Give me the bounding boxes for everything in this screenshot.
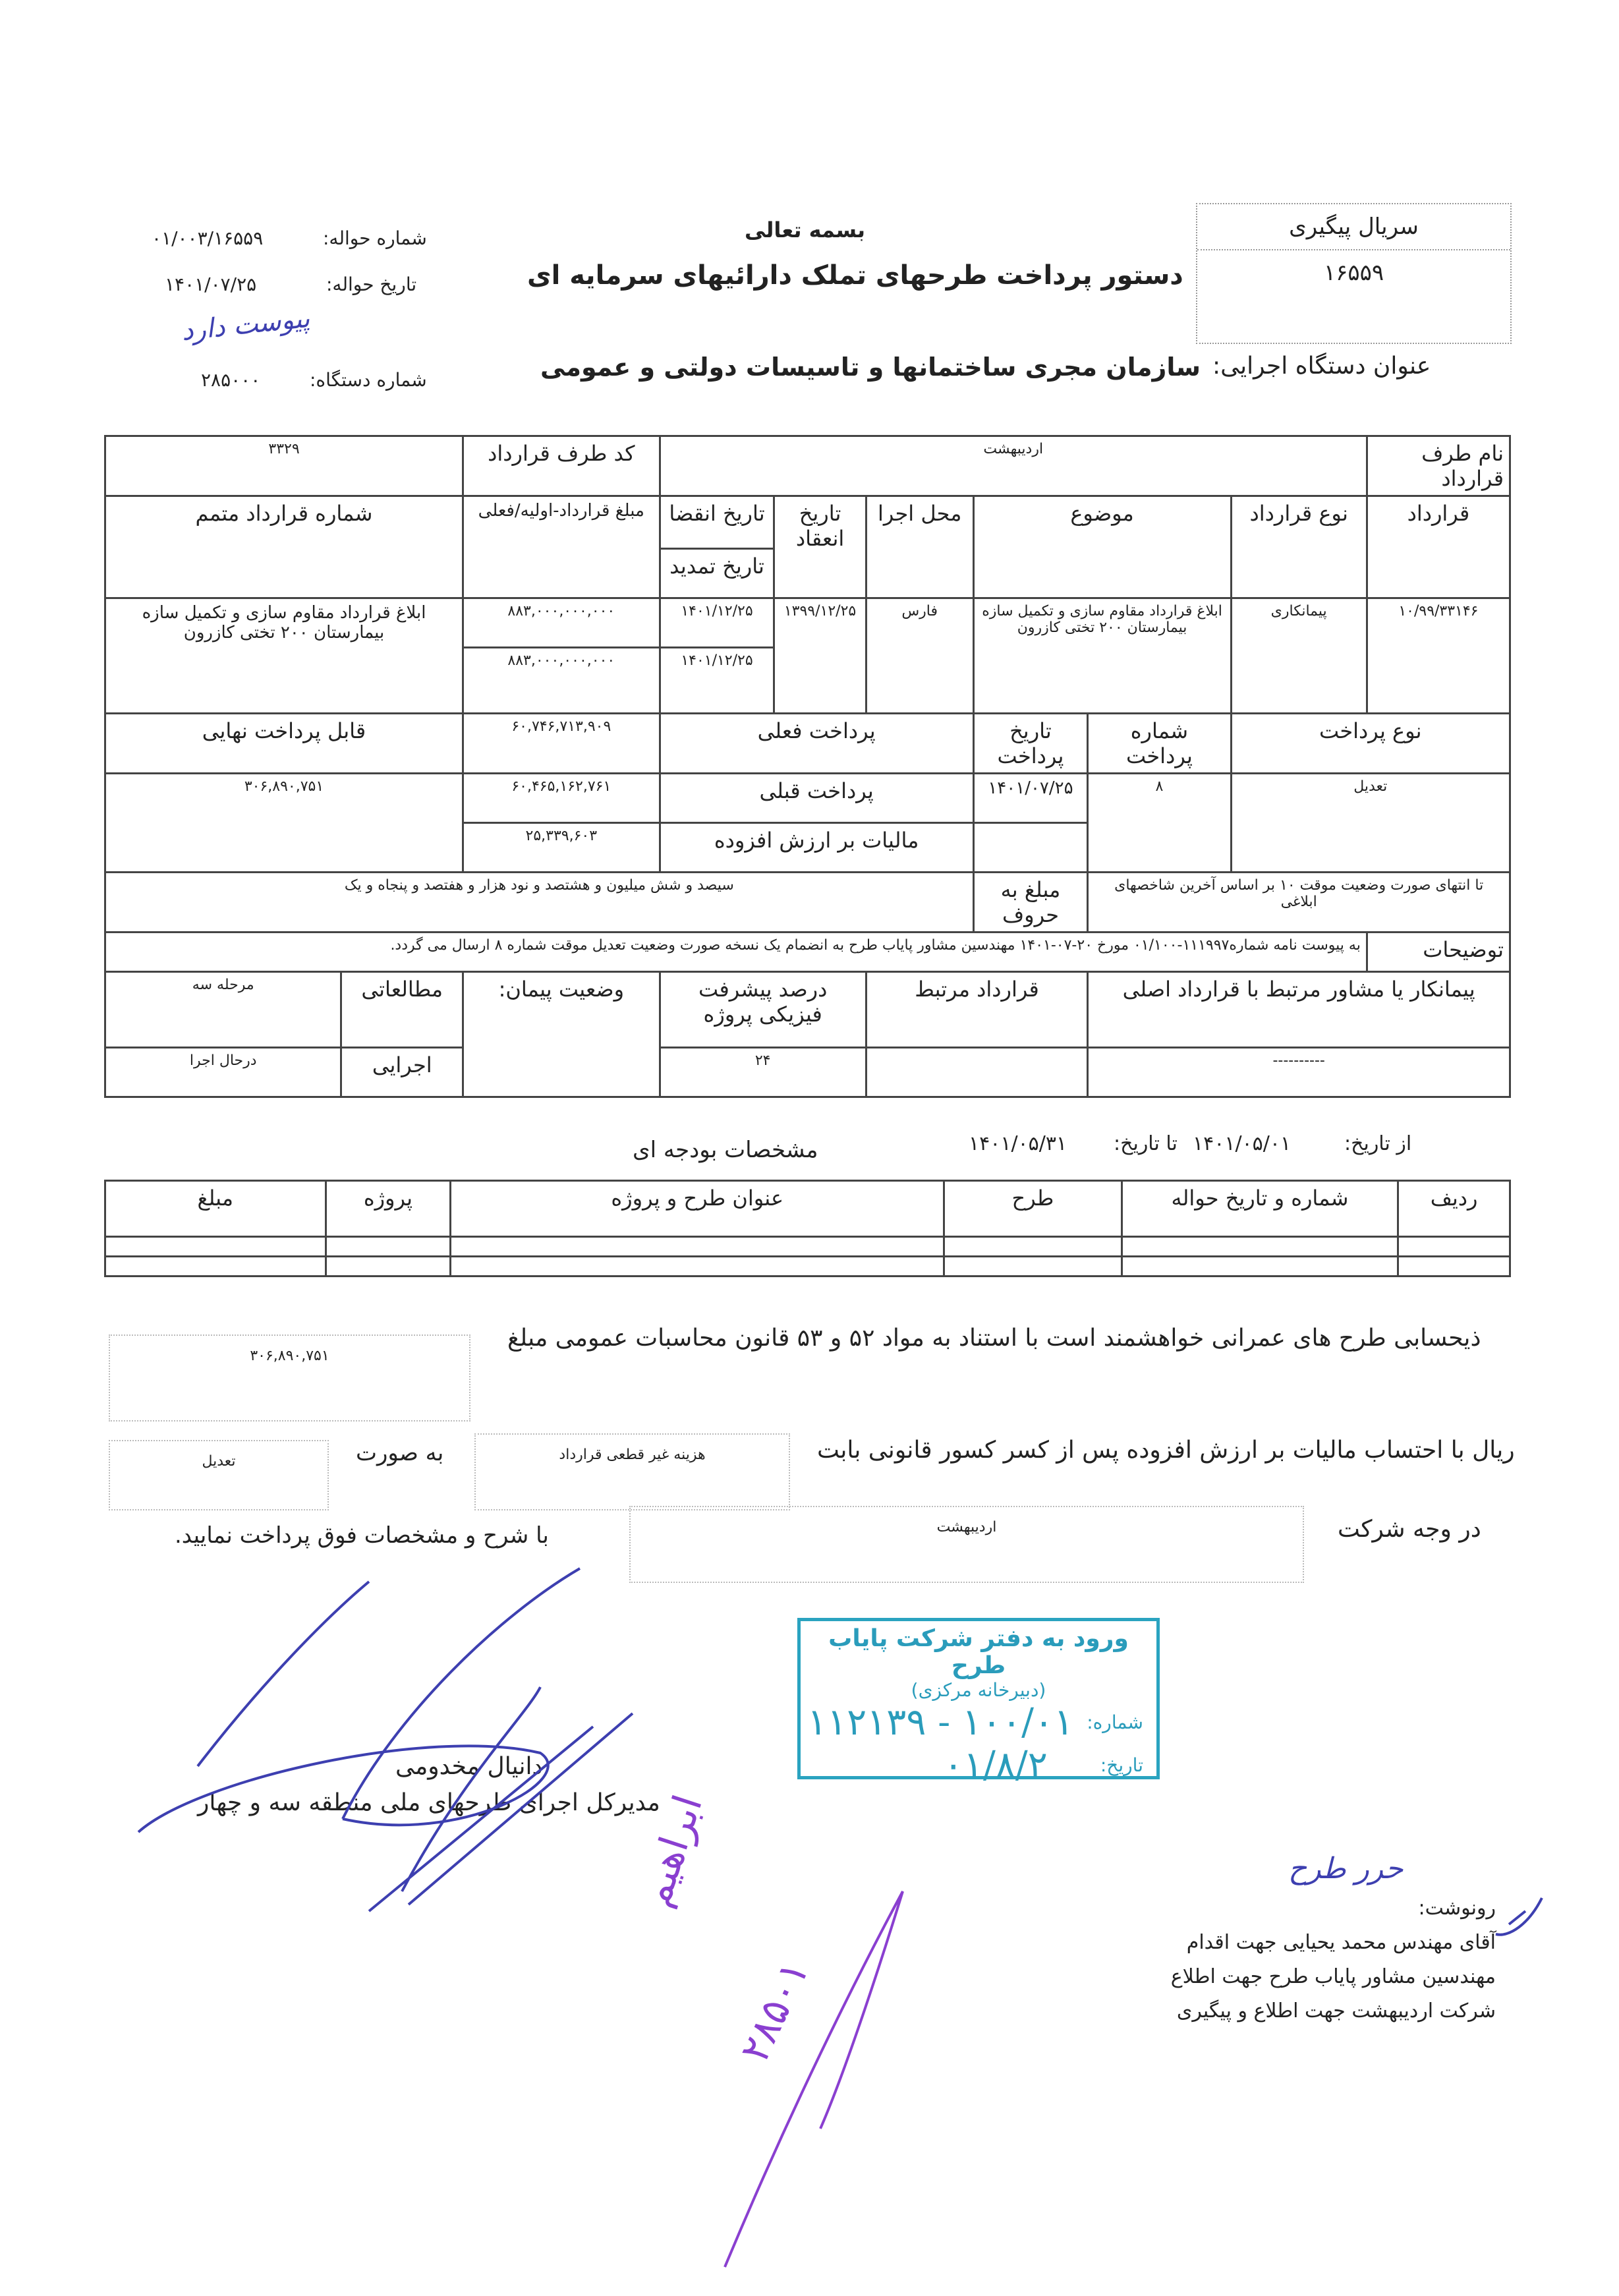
contract-number: ۱۰/۹۹/۳۳۱۴۶ [1367,598,1510,714]
device-number: ۲۸۵۰۰۰ [201,369,260,391]
signatory-name: دانیال مخدومی [395,1753,543,1780]
final-payable-label: قابل پرداخت نهایی [105,714,463,774]
related-contractor-label: پیمانکار یا مشاور مرتبط با قرارداد اصلی [1088,972,1510,1048]
current-payment: ۶۰,۷۴۶,۷۱۳,۹۰۹ [463,714,660,774]
col-subject: موضوع [973,496,1231,598]
contract-expiry-date: ۱۴۰۱/۱۲/۲۵ [660,598,774,648]
vat-label: مالیات بر ارزش افزوده [660,823,973,873]
serial-label: سریال پیگیری [1197,204,1510,250]
to-date-label: تا تاریخ: [1114,1132,1178,1155]
amount-in-words-label: مبلغ به حروف [973,873,1088,933]
vat-amount: ۲۵,۳۳۹,۶۰۳ [463,823,660,873]
related-contract-label: قرارداد مرتبط [866,972,1088,1048]
amount-in-words: سیصد و شش میلیون و هشتصد و نود هزار و هف… [105,873,974,933]
party-name: اردیبهشت [660,436,1367,496]
cc-label: رونوشت: [1153,1891,1496,1926]
request-reason-field: هزینه غیر قطعی قرارداد [474,1433,790,1510]
col-extension-date: تاریخ تمدید [660,549,774,598]
exec-label: اجرایی [341,1048,463,1097]
stamp-number-label: شماره: [1087,1711,1143,1733]
payment-type-label: نوع پرداخت [1231,714,1510,774]
col-type: نوع قرارداد [1231,496,1367,598]
from-date-label: از تاریخ: [1344,1132,1411,1155]
col-expiry-date: تاریخ انقضا [660,496,774,549]
from-date: ۱۴۰۱/۰۵/۰۱ [1193,1132,1291,1155]
budget-col-plan: طرح [944,1181,1122,1237]
request-line-2: ریال با احتساب مالیات بر ارزش افزوده پس … [817,1437,1515,1464]
cc-item: آقای مهندس محمد یحیایی جهت اقدام [1153,1926,1496,1960]
contract-amount-current: ۸۸۳,۰۰۰,۰۰۰,۰۰۰ [463,648,660,714]
progress-label: درصد پیشرفت فیزیکی پروژه [660,972,866,1048]
request-amount-field: ۳۰۶,۸۹۰,۷۵۱ [109,1335,470,1421]
party-code: ۳۳۲۹ [105,436,463,496]
col-sign-date: تاریخ انعقاد [774,496,866,598]
stamp-line-2: (دبیرخانه مرکزی) [801,1679,1156,1701]
payment-date: ۱۴۰۱/۰۷/۲۵ [973,774,1088,823]
cc-item: مهندسین مشاور پایاب طرح جهت اطلاع [1153,1960,1496,1994]
col-contract: قرارداد [1367,496,1510,598]
supplement-number: ابلاغ قرارداد مقاوم سازی و تکمیل سازه بی… [105,598,463,714]
budget-table: ردیف شماره و تاریخ حواله طرح عنوان طرح و… [104,1180,1511,1277]
payment-description: تا انتهای صورت وضعیت موقت ۱۰ بر اساس آخر… [1088,873,1510,933]
final-payable: ۳۰۶,۸۹۰,۷۵۱ [105,774,463,873]
payment-date-label: تاریخ پرداخت [973,714,1088,774]
notes-text: به پیوست نامه شماره۱۱۱۹۹۷-۰۱/۱۰۰ مورخ ۲۰… [105,933,1367,972]
payment-number-label: شماره پرداخت [1088,714,1231,774]
previous-payment-label: پرداخت قبلی [660,774,973,823]
party-code-label: کد طرف قرارداد [463,436,660,496]
device-number-label: شماره دستگاه: [310,369,427,391]
stamp-date-label: تاریخ: [1100,1754,1143,1776]
organization-name: سازمان مجری ساختمانها و تاسیسات دولتی و … [540,353,1201,382]
handwritten-attachment-note: پیوست دارد [180,303,311,347]
budget-col-project: پروژه [326,1181,451,1237]
transfer-number: ۰۱/۰۰۳/۱۶۵۵۹ [152,227,263,249]
transfer-number-label: شماره حواله: [323,227,427,249]
handwritten-margin-number: ۲۸۵۰۱ [731,1953,818,2069]
exec-value: درحال اجرا [105,1048,341,1097]
request-line-1: ذیحسابی طرح های عمرانی خواهشمند است با ا… [507,1325,1481,1352]
request-as-field: تعدیل [109,1440,329,1510]
received-stamp: ورود به دفتر شرکت پایاب طرح (دبیرخانه مر… [797,1618,1160,1779]
progress-value: ۲۴ [660,1048,866,1097]
previous-payment: ۶۰,۴۶۵,۱۶۲,۷۶۱ [463,774,660,823]
signatory-title: مدیرکل اجرای طرحهای ملی منطقه سه و چهار [198,1789,660,1816]
budget-col-title: عنوان طرح و پروژه [451,1181,944,1237]
contract-location: فارس [866,598,973,714]
serial-value: ۱۶۵۵۹ [1197,250,1510,286]
transfer-date-label: تاریخ حواله: [326,273,416,295]
budget-title: مشخصات بودجه ای [633,1137,818,1163]
contract-amount-initial: ۸۸۳,۰۰۰,۰۰۰,۰۰۰ [463,598,660,648]
col-supplement: شماره قرارداد متمم [105,496,463,598]
contract-sign-date: ۱۳۹۹/۱۲/۲۵ [774,598,866,714]
budget-col-transfer: شماره و تاریخ حواله [1122,1181,1398,1237]
contract-type: پیمانکاری [1231,598,1367,714]
handwritten-cc-note: حرر طرح [1288,1852,1403,1885]
organization-label: عنوان دستگاه اجرایی: [1212,353,1431,380]
to-date: ۱۴۰۱/۰۵/۳۱ [969,1132,1067,1155]
study-value: مرحله سه [105,972,341,1048]
budget-col-amount: مبلغ [105,1181,326,1237]
contract-subject: ابلاغ قرارداد مقاوم سازی و تکمیل سازه بی… [973,598,1231,714]
cc-item: شرکت اردیبهشت جهت اطلاع و پیگیری [1153,1994,1496,2028]
contract-status-label: وضعیت پیمان: [463,972,660,1097]
current-payment-label: پرداخت فعلی [660,714,973,774]
stamp-date: ۰۱/۸/۲ [944,1744,1048,1787]
study-label: مطالعاتی [341,972,463,1048]
request-line-3: در وجه شرکت [1338,1516,1481,1543]
related-contractor: ---------- [1088,1048,1510,1097]
budget-col-row: ردیف [1398,1181,1510,1237]
bismillah: بسمه تعالی [745,217,865,243]
payment-type: تعدیل [1231,774,1510,873]
contract-extension-date: ۱۴۰۱/۱۲/۲۵ [660,648,774,714]
party-name-label: نام طرف قرارداد [1367,436,1510,496]
cc-block: رونوشت: آقای مهندس محمد یحیایی جهت اقدام… [1153,1891,1496,2028]
serial-box: سریال پیگیری ۱۶۵۵۹ [1196,203,1512,344]
notes-label: توضیحات [1367,933,1510,972]
transfer-date: ۱۴۰۱/۰۷/۲۵ [165,273,256,295]
contract-table: نام طرف قرارداد اردیبهشت کد طرف قرارداد … [104,435,1511,1098]
col-location: محل اجرا [866,496,973,598]
request-line-3-end: با شرح و مشخصات فوق پرداخت نمایید. [175,1522,549,1549]
related-contract [866,1048,1088,1097]
payment-number: ۸ [1088,774,1231,873]
stamp-line-1: ورود به دفتر شرکت پایاب طرح [801,1625,1156,1679]
stamp-number: ۱۰۰/۰۱ - ۱۱۲۱۳۹ [807,1701,1073,1744]
col-amount: مبلغ قرارداد-اولیه/فعلی [463,496,660,598]
request-as-label: به صورت [356,1440,443,1466]
request-company-field: اردیبهشت [629,1506,1304,1583]
page-title: دستور پرداخت طرحهای تملک دارائیهای سرمای… [527,260,1183,291]
